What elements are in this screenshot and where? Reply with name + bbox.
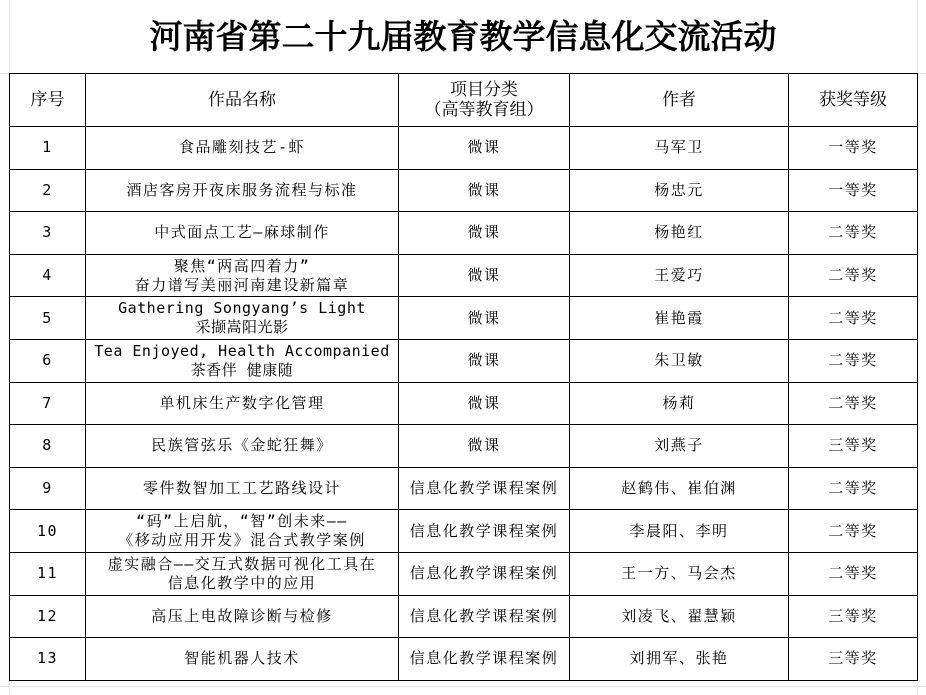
cell-award: 三等奖 [789,638,918,681]
cell-title: 智能机器人技术 [86,638,399,681]
cell-award: 二等奖 [789,339,918,382]
cell-title: 单机床生产数字化管理 [86,382,399,425]
table-row: 9 零件数智加工工艺路线设计 信息化教学课程案例 赵鹤伟、崔伯渊 二等奖 [10,467,918,510]
table-header-row: 序号 作品名称 项目分类 （高等教育组） 作者 获奖等级 [10,74,918,127]
cell-category: 微课 [399,382,570,425]
cell-no: 10 [10,510,86,553]
cell-no: 8 [10,425,86,468]
cell-category: 微课 [399,127,570,170]
cell-author: 刘凌飞、翟慧颖 [570,595,789,638]
cell-title-line2: 采撷嵩阳光影 [86,318,398,337]
cell-no: 2 [10,169,86,212]
cell-award: 三等奖 [789,595,918,638]
table-body: 1 食品雕刻技艺-虾 微课 马军卫 一等奖 2 酒店客房开夜床服务流程与标准 微… [10,127,918,681]
cell-no: 7 [10,382,86,425]
cell-award: 二等奖 [789,254,918,297]
cell-title-line2: 奋力谱写美丽河南建设新篇章 [86,276,398,295]
cell-title: 聚焦“两高四着力” 奋力谱写美丽河南建设新篇章 [86,254,399,297]
table-row: 12 高压上电故障诊断与检修 信息化教学课程案例 刘凌飞、翟慧颖 三等奖 [10,595,918,638]
cell-author: 崔艳霞 [570,297,789,340]
cell-title: 高压上电故障诊断与检修 [86,595,399,638]
cell-title-line1: 食品雕刻技艺-虾 [86,138,398,157]
cell-title-line2: 信息化教学中的应用 [86,574,398,593]
cell-no: 3 [10,212,86,255]
cell-award: 一等奖 [789,169,918,212]
header-author: 作者 [570,74,789,127]
table-row: 13 智能机器人技术 信息化教学课程案例 刘拥军、张艳 三等奖 [10,638,918,681]
cell-title-line2: 茶香伴 健康随 [86,361,398,380]
cell-award: 二等奖 [789,382,918,425]
cell-author: 杨莉 [570,382,789,425]
cell-category: 微课 [399,339,570,382]
cell-no: 9 [10,467,86,510]
cell-author: 刘燕子 [570,425,789,468]
cell-no: 5 [10,297,86,340]
cell-category: 信息化教学课程案例 [399,638,570,681]
cell-category: 信息化教学课程案例 [399,552,570,595]
cell-category: 微课 [399,169,570,212]
header-category-line1: 项目分类 [399,80,569,100]
cell-title-line1: 酒店客房开夜床服务流程与标准 [86,181,398,200]
cell-title-line1: 民族管弦乐《金蛇狂舞》 [86,436,398,455]
cell-author: 李晨阳、李明 [570,510,789,553]
table-row: 11 虚实融合——交互式数据可视化工具在 信息化教学中的应用 信息化教学课程案例… [10,552,918,595]
cell-title-line1: “码”上启航，“智”创未来—— [86,512,398,531]
cell-author: 王一方、马会杰 [570,552,789,595]
table-row: 4 聚焦“两高四着力” 奋力谱写美丽河南建设新篇章 微课 王爱巧 二等奖 [10,254,918,297]
cell-title: “码”上启航，“智”创未来—— 《移动应用开发》混合式教学案例 [86,510,399,553]
cell-title-line1: 零件数智加工工艺路线设计 [86,479,398,498]
cell-author: 马军卫 [570,127,789,170]
table-row: 2 酒店客房开夜床服务流程与标准 微课 杨忠元 一等奖 [10,169,918,212]
table-row: 8 民族管弦乐《金蛇狂舞》 微课 刘燕子 三等奖 [10,425,918,468]
cell-title-line1: 虚实融合——交互式数据可视化工具在 [86,555,398,574]
cell-category: 微课 [399,254,570,297]
cell-award: 二等奖 [789,297,918,340]
cell-author: 杨忠元 [570,169,789,212]
cell-award: 三等奖 [789,425,918,468]
cell-title: Tea Enjoyed, Health Accompanied 茶香伴 健康随 [86,339,399,382]
table-row: 6 Tea Enjoyed, Health Accompanied 茶香伴 健康… [10,339,918,382]
table-row: 10 “码”上启航，“智”创未来—— 《移动应用开发》混合式教学案例 信息化教学… [10,510,918,553]
cell-title: Gathering Songyang’s Light 采撷嵩阳光影 [86,297,399,340]
cell-award: 二等奖 [789,510,918,553]
cell-title: 酒店客房开夜床服务流程与标准 [86,169,399,212]
cell-author: 赵鹤伟、崔伯渊 [570,467,789,510]
header-category: 项目分类 （高等教育组） [399,74,570,127]
cell-title: 中式面点工艺—麻球制作 [86,212,399,255]
cell-award: 二等奖 [789,552,918,595]
table-row: 5 Gathering Songyang’s Light 采撷嵩阳光影 微课 崔… [10,297,918,340]
cell-no: 4 [10,254,86,297]
table-row: 1 食品雕刻技艺-虾 微课 马军卫 一等奖 [10,127,918,170]
cell-category: 微课 [399,425,570,468]
cell-no: 11 [10,552,86,595]
document-title: 河南省第二十九届教育教学信息化交流活动 [0,8,926,66]
cell-title: 民族管弦乐《金蛇狂舞》 [86,425,399,468]
cell-title-line1: 单机床生产数字化管理 [86,394,398,413]
cell-title-line2: 《移动应用开发》混合式教学案例 [86,531,398,550]
header-no: 序号 [10,74,86,127]
cell-category: 微课 [399,297,570,340]
sheet-gridline [0,686,926,687]
cell-award: 二等奖 [789,212,918,255]
cell-award: 一等奖 [789,127,918,170]
cell-category: 信息化教学课程案例 [399,595,570,638]
cell-category: 微课 [399,212,570,255]
cell-title-line1: 聚焦“两高四着力” [86,257,398,276]
cell-title-line1: Tea Enjoyed, Health Accompanied [86,342,398,361]
cell-category: 信息化教学课程案例 [399,467,570,510]
cell-no: 13 [10,638,86,681]
cell-title-line1: 中式面点工艺—麻球制作 [86,223,398,242]
cell-no: 12 [10,595,86,638]
cell-title-line1: 高压上电故障诊断与检修 [86,607,398,626]
cell-title: 虚实融合——交互式数据可视化工具在 信息化教学中的应用 [86,552,399,595]
cell-author: 朱卫敏 [570,339,789,382]
cell-award: 二等奖 [789,467,918,510]
cell-author: 刘拥军、张艳 [570,638,789,681]
cell-title: 零件数智加工工艺路线设计 [86,467,399,510]
header-category-line2: （高等教育组） [399,100,569,120]
cell-title-line1: 智能机器人技术 [86,649,398,668]
cell-no: 6 [10,339,86,382]
table-row: 7 单机床生产数字化管理 微课 杨莉 二等奖 [10,382,918,425]
cell-author: 王爱巧 [570,254,789,297]
table-row: 3 中式面点工艺—麻球制作 微课 杨艳红 二等奖 [10,212,918,255]
header-title: 作品名称 [86,74,399,127]
header-award: 获奖等级 [789,74,918,127]
cell-author: 杨艳红 [570,212,789,255]
cell-no: 1 [10,127,86,170]
awards-table: 序号 作品名称 项目分类 （高等教育组） 作者 获奖等级 1 食品雕刻技艺-虾 … [9,73,918,681]
cell-title: 食品雕刻技艺-虾 [86,127,399,170]
cell-title-line1: Gathering Songyang’s Light [86,299,398,318]
cell-category: 信息化教学课程案例 [399,510,570,553]
